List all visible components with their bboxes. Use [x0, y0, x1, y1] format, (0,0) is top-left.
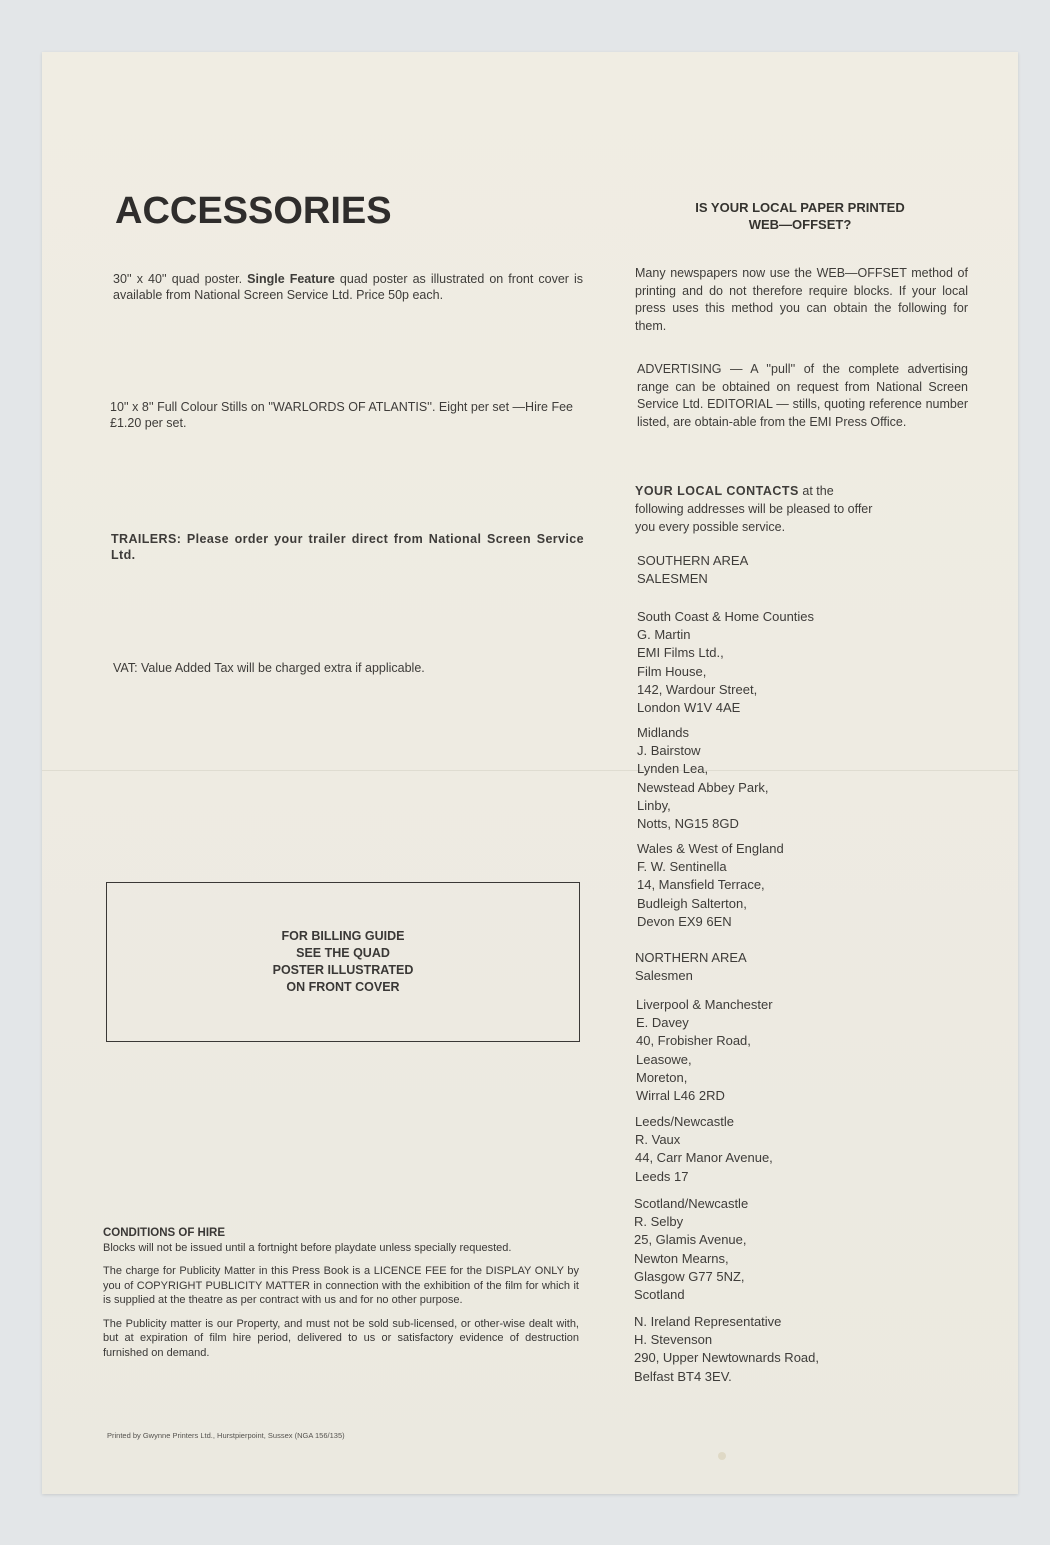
contact-address-line: Moreton,	[636, 1069, 773, 1087]
conditions-line1: Blocks will not be issued until a fortni…	[103, 1241, 579, 1256]
stills-paragraph: 10'' x 8'' Full Colour Stills on ''WARLO…	[110, 399, 586, 431]
billing-line: FOR BILLING GUIDE	[273, 928, 414, 945]
conditions-property: The Publicity matter is our Property, an…	[103, 1317, 579, 1361]
contact-leeds-newcastle: Leeds/NewcastleR. Vaux44, Carr Manor Ave…	[635, 1113, 773, 1186]
contact-address-line: Notts, NG15 8GD	[637, 815, 769, 833]
contact-region: South Coast & Home Counties	[637, 608, 814, 626]
contact-name: E. Davey	[636, 1014, 773, 1032]
conditions-of-hire: CONDITIONS OF HIRE Blocks will not be is…	[103, 1226, 579, 1360]
contact-name: H. Stevenson	[634, 1331, 819, 1349]
billing-guide-box: FOR BILLING GUIDE SEE THE QUAD POSTER IL…	[106, 882, 580, 1042]
contact-address-line: Linby,	[637, 797, 769, 815]
contact-address-line: EMI Films Ltd.,	[637, 644, 814, 662]
contact-region: Midlands	[637, 724, 769, 742]
contact-address-line: Belfast BT4 3EV.	[634, 1368, 819, 1386]
contact-region: Leeds/Newcastle	[635, 1113, 773, 1131]
contact-region: N. Ireland Representative	[634, 1313, 819, 1331]
contact-address-line: Wirral L46 2RD	[636, 1087, 773, 1105]
contact-region: Liverpool & Manchester	[636, 996, 773, 1014]
billing-line: ON FRONT COVER	[273, 979, 414, 996]
contact-region: Wales & West of England	[637, 840, 784, 858]
web-offset-heading: IS YOUR LOCAL PAPER PRINTED WEB—OFFSET?	[640, 199, 960, 233]
contact-address-line: London W1V 4AE	[637, 699, 814, 717]
conditions-heading: CONDITIONS OF HIRE	[103, 1226, 579, 1241]
paper-fold-line	[42, 770, 1018, 771]
contact-address-line: Budleigh Salterton,	[637, 895, 784, 913]
conditions-licence-fee: The charge for Publicity Matter in this …	[103, 1264, 579, 1308]
trailers-paragraph: TRAILERS: Please order your trailer dire…	[111, 531, 584, 563]
contact-address-line: 290, Upper Newtownards Road,	[634, 1349, 819, 1367]
contact-address-line: Glasgow G77 5NZ,	[634, 1268, 748, 1286]
contact-name: R. Selby	[634, 1213, 748, 1231]
vat-paragraph: VAT: Value Added Tax will be charged ext…	[113, 660, 583, 676]
printer-credit: Printed by Gwynne Printers Ltd., Hurstpi…	[107, 1431, 345, 1440]
billing-guide-text: FOR BILLING GUIDE SEE THE QUAD POSTER IL…	[273, 928, 414, 996]
contact-address-line: 14, Mansfield Terrace,	[637, 876, 784, 894]
local-contacts-intro: YOUR LOCAL CONTACTS at the following add…	[635, 482, 875, 536]
contact-n-ireland: N. Ireland RepresentativeH. Stevenson290…	[634, 1313, 819, 1386]
contact-address-line: Newstead Abbey Park,	[637, 779, 769, 797]
contact-address-line: 44, Carr Manor Avenue,	[635, 1149, 773, 1167]
contact-south-coast: South Coast & Home CountiesG. MartinEMI …	[637, 608, 814, 717]
web-offset-heading-line1: IS YOUR LOCAL PAPER PRINTED	[640, 199, 960, 216]
web-offset-paragraph: Many newspapers now use the WEB—OFFSET m…	[635, 265, 968, 335]
southern-area-heading: SOUTHERN AREA SALESMEN	[637, 552, 748, 588]
contact-region: Scotland/Newcastle	[634, 1195, 748, 1213]
contact-address-line: Scotland	[634, 1286, 748, 1304]
contact-address-line: 40, Frobisher Road,	[636, 1032, 773, 1050]
contact-wales-west: Wales & West of EnglandF. W. Sentinella1…	[637, 840, 784, 931]
contact-address-line: Newton Mearns,	[634, 1250, 748, 1268]
area-heading-line: Salesmen	[635, 967, 747, 985]
contact-name: F. W. Sentinella	[637, 858, 784, 876]
advertising-paragraph: ADVERTISING — A ''pull'' of the complete…	[637, 361, 968, 431]
contact-scotland-newcastle: Scotland/NewcastleR. Selby25, Glamis Ave…	[634, 1195, 748, 1304]
contact-name: J. Bairstow	[637, 742, 769, 760]
quad-poster-bold: Single Feature	[247, 272, 335, 286]
quad-poster-text-a: 30'' x 40'' quad poster.	[113, 272, 247, 286]
quad-poster-paragraph: 30'' x 40'' quad poster. Single Feature …	[113, 271, 583, 303]
contact-address-line: Devon EX9 6EN	[637, 913, 784, 931]
contact-name: G. Martin	[637, 626, 814, 644]
contact-midlands: MidlandsJ. BairstowLynden Lea,Newstead A…	[637, 724, 769, 833]
area-heading-line: SALESMEN	[637, 570, 748, 588]
contact-address-line: Leeds 17	[635, 1168, 773, 1186]
area-heading-line: SOUTHERN AREA	[637, 552, 748, 570]
northern-area-heading: NORTHERN AREA Salesmen	[635, 949, 747, 985]
contact-address-line: Film House,	[637, 663, 814, 681]
paper-stain	[718, 1452, 726, 1460]
billing-line: POSTER ILLUSTRATED	[273, 962, 414, 979]
contact-address-line: 142, Wardour Street,	[637, 681, 814, 699]
contact-liverpool-manchester: Liverpool & ManchesterE. Davey40, Frobis…	[636, 996, 773, 1105]
contact-name: R. Vaux	[635, 1131, 773, 1149]
area-heading-line: NORTHERN AREA	[635, 949, 747, 967]
contact-address-line: Lynden Lea,	[637, 760, 769, 778]
web-offset-heading-line2: WEB—OFFSET?	[640, 216, 960, 233]
local-contacts-bold: YOUR LOCAL CONTACTS	[635, 484, 799, 498]
billing-line: SEE THE QUAD	[273, 945, 414, 962]
page-title: ACCESSORIES	[115, 190, 392, 233]
contact-address-line: Leasowe,	[636, 1051, 773, 1069]
contact-address-line: 25, Glamis Avenue,	[634, 1231, 748, 1249]
